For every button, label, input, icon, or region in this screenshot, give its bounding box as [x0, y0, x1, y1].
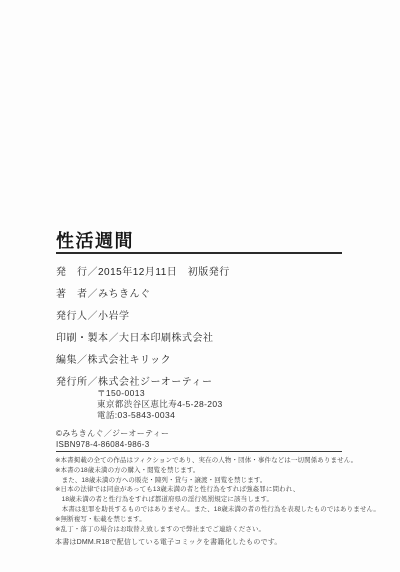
notice-fiction-line: ※本書掲載の全ての作品はフィクションであり、実在の人物・団体・事件などは一切関係…	[55, 456, 380, 466]
title-divider	[56, 252, 342, 254]
notice-age-restriction-line: ※本書の18歳未満の方の購入・閲覧を禁じます。	[55, 466, 380, 476]
editing-line: 編集／株式会社キリック	[56, 350, 230, 372]
publisher-person-line: 発行人／小岩学	[56, 306, 230, 328]
legal-notices: ※本書掲載の全ての作品はフィクションであり、実在の人物・団体・事件などは一切関係…	[55, 456, 380, 534]
publisher-address: 〒150-0013 東京都渋谷区恵比寿4-5-28-203 電話:03-5843…	[97, 388, 223, 421]
publication-date-line: 発 行／2015年12月11日 初版発行	[56, 262, 230, 284]
notice-distribution-line: また、18歳未満の方への販売・陳列・貸与・譲渡・回覧を禁じます。	[55, 476, 380, 486]
street-address: 東京都渋谷区恵比寿4-5-28-203	[97, 399, 223, 410]
notice-law-line-3: 本書は犯罪を助長するものではありません。また、18歳未満の者の性行為を表現したも…	[55, 505, 380, 515]
copyright-block: ©みちきんぐ／ジーオーティー ISBN978-4-86084-986-3	[56, 429, 169, 450]
notice-defective-copy-line: ※乱丁・落丁の場合はお取替え致しますので弊社までご連絡ください。	[55, 525, 380, 535]
notice-law-line-1: ※日本の法律では同意があっても13歳未満の者と性行為をすれば強姦罪に問われ、	[55, 485, 380, 495]
isbn-line: ISBN978-4-86084-986-3	[56, 440, 169, 451]
book-title: 性活週間	[56, 227, 134, 253]
printing-binding-line: 印刷・製本／大日本印刷株式会社	[56, 328, 230, 350]
copyright-line: ©みちきんぐ／ジーオーティー	[56, 429, 169, 440]
postal-code: 〒150-0013	[97, 388, 223, 399]
colophon-page: 性活週間 発 行／2015年12月11日 初版発行 著 者／みちきんぐ 発行人／…	[0, 0, 400, 572]
notice-law-line-2: 18歳未満の者と性行為をすれば都道府県の淫行処罰規定に該当します。	[55, 495, 380, 505]
notices-divider	[56, 451, 342, 452]
author-line: 著 者／みちきんぐ	[56, 284, 230, 306]
phone-number: 電話:03-5843-0034	[97, 410, 223, 421]
digital-edition-note: 本書はDMM.R18で配信している電子コミックを書籍化したものです。	[55, 537, 282, 547]
notice-no-reproduction-line: ※無断複写・転載を禁じます。	[55, 515, 380, 525]
colophon-block: 発 行／2015年12月11日 初版発行 著 者／みちきんぐ 発行人／小岩学 印…	[56, 262, 230, 394]
